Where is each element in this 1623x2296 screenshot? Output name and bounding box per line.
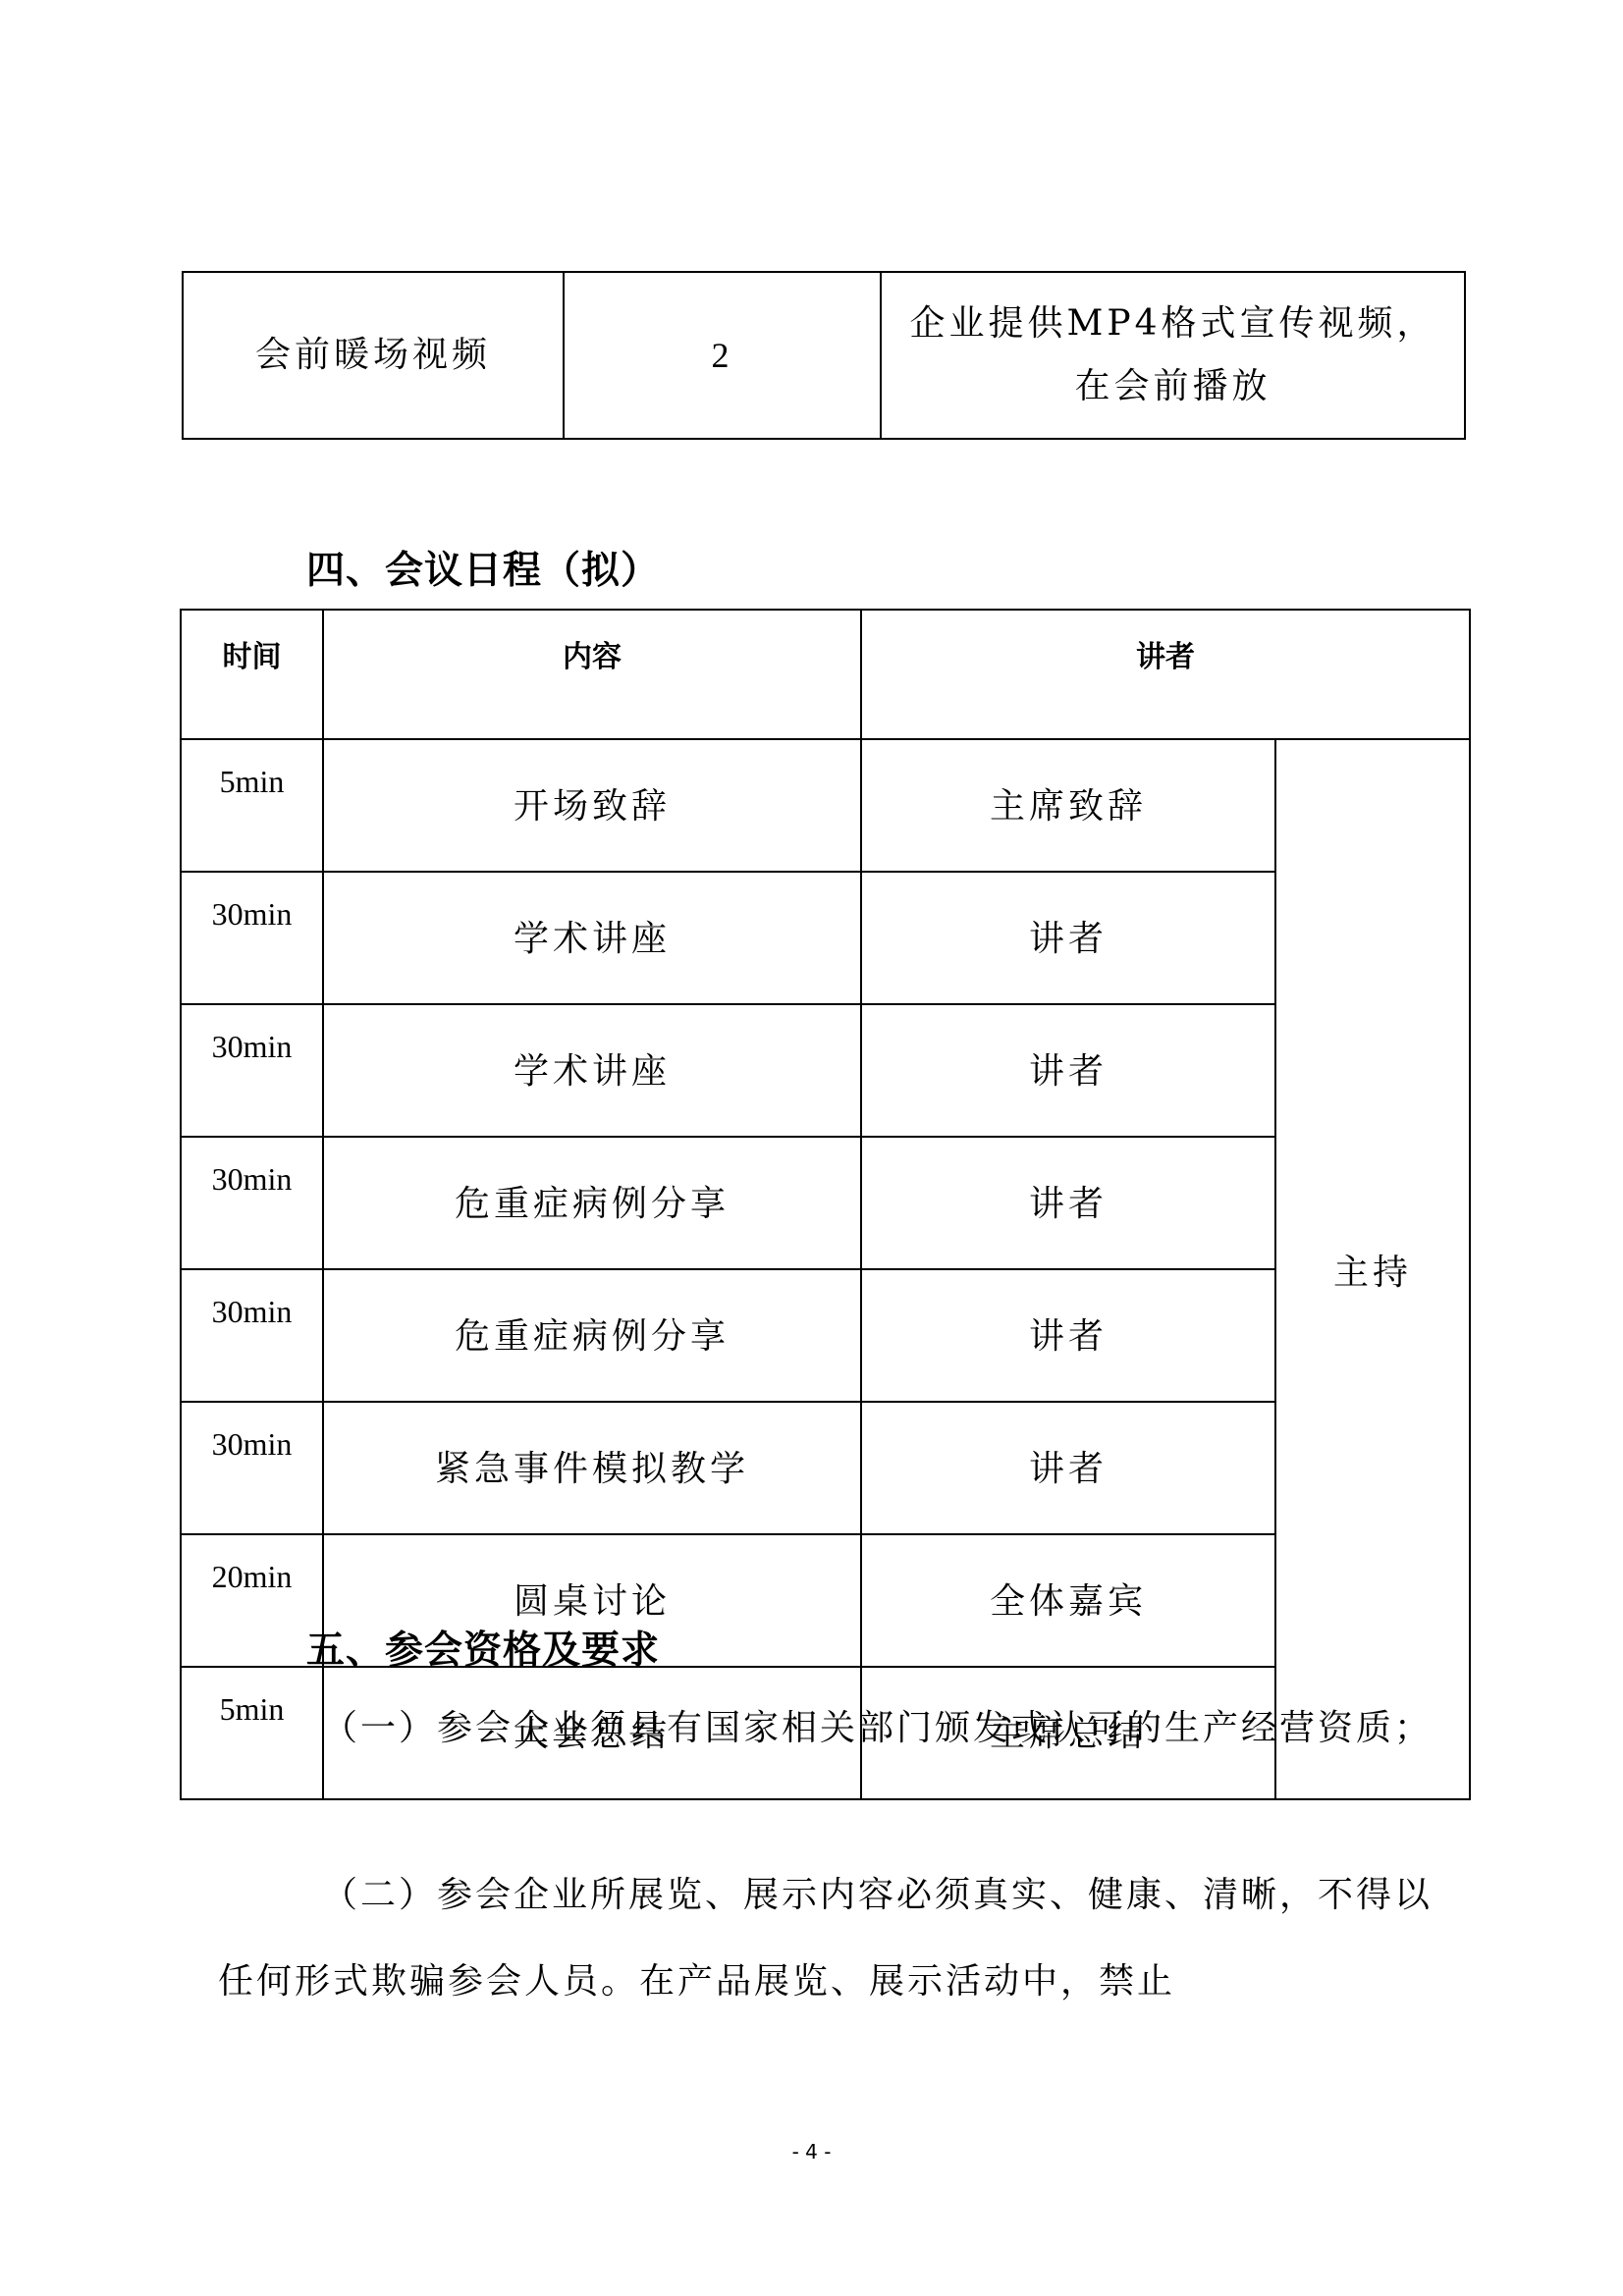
time-cell: 30min bbox=[181, 1402, 323, 1534]
description-line: 在会前播放 bbox=[882, 355, 1464, 418]
page-number: - 4 - bbox=[0, 2140, 1623, 2163]
time-cell: 30min bbox=[181, 872, 323, 1004]
content-cell: 开场致辞 bbox=[323, 739, 861, 872]
speaker-cell: 全体嘉宾 bbox=[861, 1534, 1275, 1667]
header-content: 内容 bbox=[323, 610, 861, 739]
content-cell: 紧急事件模拟教学 bbox=[323, 1402, 861, 1534]
description-line: 企业提供MP4格式宣传视频， bbox=[882, 293, 1464, 355]
header-time: 时间 bbox=[181, 610, 323, 739]
speaker-cell: 讲者 bbox=[861, 1004, 1275, 1137]
time-cell: 5min bbox=[181, 739, 323, 872]
time-cell: 30min bbox=[181, 1269, 323, 1402]
time-cell: 30min bbox=[181, 1137, 323, 1269]
speaker-cell: 讲者 bbox=[861, 1402, 1275, 1534]
section-heading-schedule: 四、会议日程（拟） bbox=[306, 540, 660, 595]
sponsorship-table: 会前暖场视频 2 企业提供MP4格式宣传视频， 在会前播放 bbox=[182, 271, 1466, 440]
speaker-cell: 讲者 bbox=[861, 1269, 1275, 1402]
time-cell: 30min bbox=[181, 1004, 323, 1137]
section-heading-requirements: 五、参会资格及要求 bbox=[306, 1620, 660, 1675]
item-cell: 会前暖场视频 bbox=[183, 272, 564, 439]
requirement-paragraph-1: （一）参会企业须具有国家相关部门颁发或认可的生产经营资质； bbox=[218, 1685, 1435, 1772]
time-cell: 20min bbox=[181, 1534, 323, 1667]
requirement-paragraph-2: （二）参会企业所展览、展示内容必须真实、健康、清晰，不得以任何形式欺骗参会人员。… bbox=[218, 1852, 1435, 2025]
content-cell: 学术讲座 bbox=[323, 1004, 861, 1137]
speaker-cell: 讲者 bbox=[861, 872, 1275, 1004]
speaker-cell: 讲者 bbox=[861, 1137, 1275, 1269]
schedule-header-row: 时间 内容 讲者 bbox=[181, 610, 1470, 739]
host-cell: 主持 bbox=[1275, 739, 1470, 1799]
table-row: 会前暖场视频 2 企业提供MP4格式宣传视频， 在会前播放 bbox=[183, 272, 1465, 439]
content-cell: 危重症病例分享 bbox=[323, 1137, 861, 1269]
content-cell: 学术讲座 bbox=[323, 872, 861, 1004]
speaker-cell: 主席致辞 bbox=[861, 739, 1275, 872]
table-row: 5min 开场致辞 主席致辞 主持 bbox=[181, 739, 1470, 872]
header-speaker: 讲者 bbox=[861, 610, 1470, 739]
quantity-cell: 2 bbox=[564, 272, 881, 439]
content-cell: 危重症病例分享 bbox=[323, 1269, 861, 1402]
description-cell: 企业提供MP4格式宣传视频， 在会前播放 bbox=[881, 272, 1465, 439]
